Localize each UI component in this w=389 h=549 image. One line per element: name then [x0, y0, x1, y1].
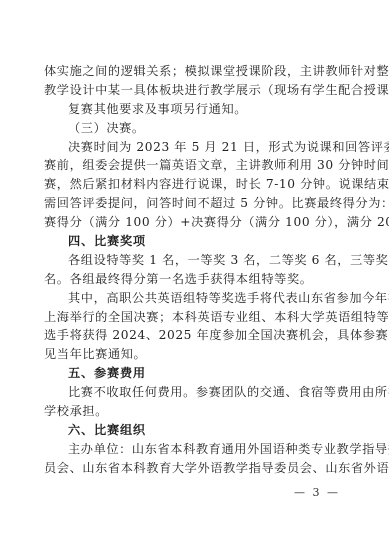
paragraph-line: 主办单位：山东省本科教育通用外国语种类专业教学指导委 [44, 440, 340, 459]
document-body: 体实施之间的逻辑关系；模拟课堂授课阶段，主讲教师针对整体 教学设计中某一具体板块… [44, 62, 340, 478]
section-heading-awards: 四、比赛奖项 [44, 232, 340, 251]
text-line: 体实施之间的逻辑关系；模拟课堂授课阶段，主讲教师针对整体 [44, 62, 340, 81]
page-number: — 3 — [294, 486, 340, 499]
paragraph-line: 比赛不收取任何费用。参赛团队的交通、食宿等费用由所在 [44, 383, 340, 402]
text-line: 上海举行的全国决赛；本科英语专业组、本科大学英语组特等奖 [44, 308, 340, 327]
text-line: 赛得分（满分 100 分）+决赛得分（满分 100 分），满分 200 分。 [44, 213, 340, 232]
text-line: 赛，然后紧扣材料内容进行说课，时长 7-10 分钟。说课结束后 [44, 175, 340, 194]
text-line: 见当年比赛通知。 [44, 345, 340, 364]
paragraph-line: 复赛其他要求及事项另行通知。 [44, 100, 340, 119]
text-line: 员会、山东省本科教育大学外语教学指导委员会、山东省外语职 [44, 459, 340, 478]
subsection-heading-final: （三）决赛。 [44, 119, 340, 138]
text-line: 学校承担。 [44, 402, 340, 421]
paragraph-line: 其中，高职公共英语组特等奖选手将代表山东省参加今年在 [44, 289, 340, 308]
paragraph-line: 决赛时间为 2023 年 5 月 21 日，形式为说课和回答评委提问。 [44, 138, 340, 157]
text-line: 教学设计中某一具体板块进行教学展示（现场有学生配合授课）。 [44, 81, 340, 100]
paragraph-line: 各组设特等奖 1 名，一等奖 3 名，二等奖 6 名，三等奖 10 [44, 251, 340, 270]
section-heading-fees: 五、参赛费用 [44, 364, 340, 383]
text-line: 需回答评委提问，问答时间不超过 5 分钟。比赛最终得分为：复 [44, 194, 340, 213]
text-line: 赛前，组委会提供一篇英语文章，主讲教师利用 30 分钟时间备 [44, 156, 340, 175]
document-page: 体实施之间的逻辑关系；模拟课堂授课阶段，主讲教师针对整体 教学设计中某一具体板块… [0, 0, 389, 549]
section-heading-organization: 六、比赛组织 [44, 421, 340, 440]
text-line: 名。各组最终得分第一名选手获得本组特等奖。 [44, 270, 340, 289]
text-line: 选手将获得 2024、2025 年度参加全国决赛机会，具体参赛办法 [44, 326, 340, 345]
